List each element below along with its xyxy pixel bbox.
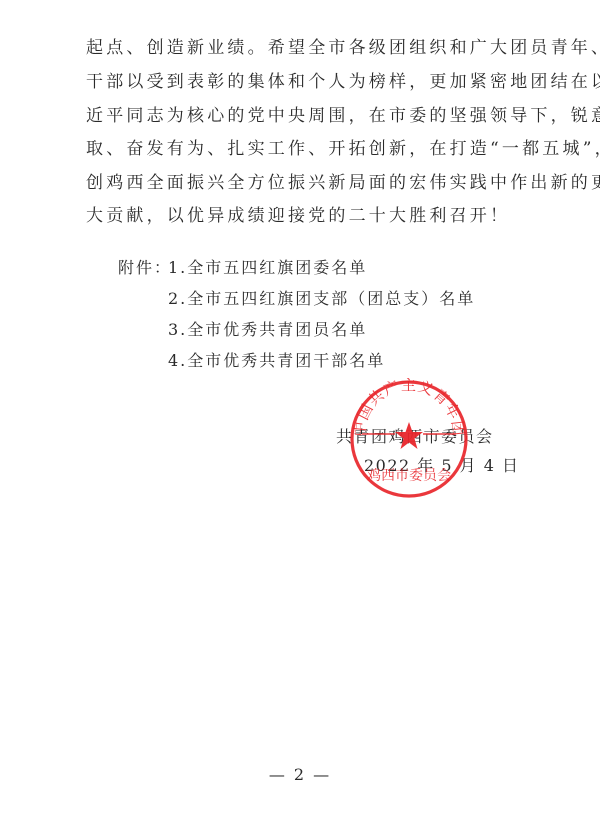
body-line: 起点、创造新业绩。希望全市各级团组织和广大团员青年、团: [86, 38, 600, 58]
page-number: — 2 —: [0, 765, 600, 784]
attachments-label: 附件：: [118, 258, 172, 278]
body-line: 创鸡西全面振兴全方位振兴新局面的宏伟实践中作出新的更: [86, 173, 600, 193]
attachment-item: 4.全市优秀共青团干部名单: [168, 351, 385, 371]
body-line: 干部以受到表彰的集体和个人为榜样，更加紧密地团结在以习: [86, 72, 600, 92]
body-line: 大贡献，以优异成绩迎接党的二十大胜利召开！: [86, 206, 510, 226]
official-seal-icon: 中国共产主义青年团 鸡西市委员会: [348, 378, 470, 500]
body-line: 取、奋发有为、扎实工作、开拓创新，在打造“一都五城”，开: [86, 139, 600, 159]
attachment-item: 1.全市五四红旗团委名单: [168, 258, 367, 278]
svg-text:鸡西市委员会: 鸡西市委员会: [367, 468, 451, 484]
attachment-item: 3.全市优秀共青团员名单: [168, 320, 367, 340]
attachment-item: 2.全市五四红旗团支部（团总支）名单: [168, 289, 475, 309]
body-line: 近平同志为核心的党中央周围，在市委的坚强领导下，锐意进: [86, 106, 600, 126]
